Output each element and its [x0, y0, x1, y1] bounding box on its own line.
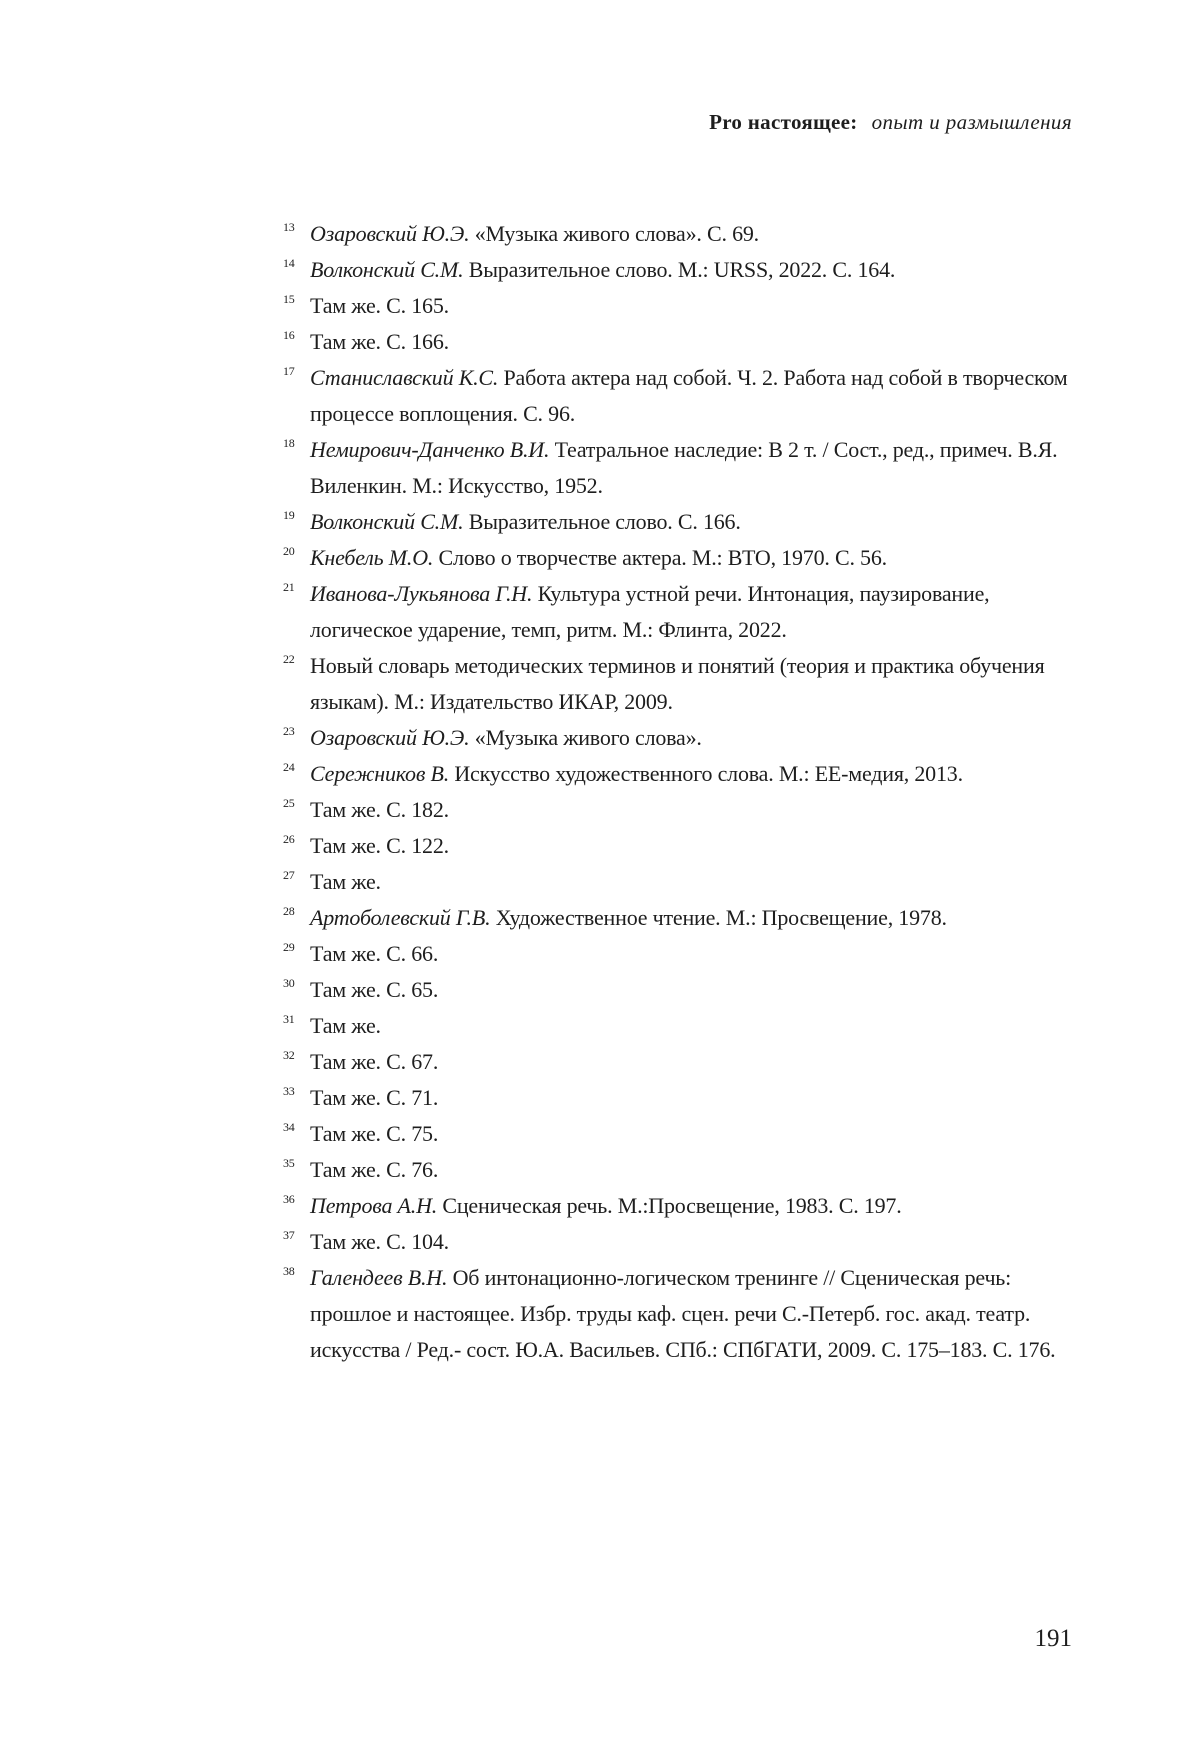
footnote: 16 Там же. С. 166.	[283, 324, 1083, 360]
footnote-number: 30	[283, 965, 295, 1001]
footnote-author: Кнебель М.О.	[310, 545, 433, 570]
footnote-number: 31	[283, 1001, 295, 1037]
footnote-text: Там же. С. 76.	[310, 1157, 438, 1182]
footnote-author: Волконский С.М.	[310, 509, 463, 534]
running-head: Pro настоящее:опыт и размышления	[709, 110, 1072, 135]
footnote-number: 29	[283, 929, 295, 965]
footnote-author: Петрова А.Н.	[310, 1193, 437, 1218]
footnote-author: Немирович-Данченко В.И.	[310, 437, 549, 462]
footnote-number: 16	[283, 317, 295, 353]
footnote-number: 32	[283, 1037, 295, 1073]
footnote: 15Там же. С. 165.	[283, 288, 1083, 324]
footnote-text: Там же. С. 104.	[310, 1229, 449, 1254]
footnote-number: 27	[283, 857, 295, 893]
footnote-number: 38	[283, 1253, 295, 1289]
footnote-author: Озаровский Ю.Э.	[310, 725, 469, 750]
footnote-text: Там же. С. 166.	[310, 329, 449, 354]
footnote-number: 18	[283, 425, 295, 461]
footnote-number: 26	[283, 821, 295, 857]
footnote-number: 28	[283, 893, 295, 929]
footnote-text: Выразительное слово. М.: URSS, 2022. С. …	[463, 257, 895, 282]
footnote: 17Станиславский К.С. Работа актера над с…	[283, 360, 1083, 432]
running-head-subtitle: опыт и размышления	[872, 110, 1072, 134]
footnote-text: Там же.	[310, 1013, 381, 1038]
footnote-number: 23	[283, 713, 295, 749]
footnote: 30 Там же. С. 65.	[283, 972, 1083, 1008]
footnote-number: 17	[283, 353, 295, 389]
footnote-text: Художественное чтение. М.: Просвещение, …	[490, 905, 946, 930]
footnote-text: «Музыка живого слова». С. 69.	[469, 221, 759, 246]
footnote-number: 35	[283, 1145, 295, 1181]
footnote: 31Там же.	[283, 1008, 1083, 1044]
footnote-number: 25	[283, 785, 295, 821]
footnote-number: 19	[283, 497, 295, 533]
footnote: 33Там же. С. 71.	[283, 1080, 1083, 1116]
footnote-text: Там же. С. 71.	[310, 1085, 438, 1110]
footnote-author: Галендеев В.Н.	[310, 1265, 447, 1290]
footnote: 36Петрова А.Н. Сценическая речь. М.:Прос…	[283, 1188, 1083, 1224]
footnote: 28Артоболевский Г.В. Художественное чтен…	[283, 900, 1083, 936]
footnote-text: Там же. С. 67.	[310, 1049, 438, 1074]
footnote-number: 15	[283, 281, 295, 317]
footnote-text: Там же. С. 66.	[310, 941, 438, 966]
footnote-author: Артоболевский Г.В.	[310, 905, 490, 930]
footnote-author: Сережников В.	[310, 761, 449, 786]
footnote-number: 13	[283, 209, 295, 245]
footnote: 20Кнебель М.О. Слово о творчестве актера…	[283, 540, 1083, 576]
footnote-text: Выразительное слово. С. 166.	[463, 509, 740, 534]
footnote-text: Слово о творчестве актера. М.: ВТО, 1970…	[433, 545, 887, 570]
footnote: 34Там же. С. 75.	[283, 1116, 1083, 1152]
footnote-number: 20	[283, 533, 295, 569]
footnote-author: Иванова-Лукьянова Г.Н.	[310, 581, 532, 606]
footnote: 35 Там же. С. 76.	[283, 1152, 1083, 1188]
footnote-text: Новый словарь методических терминов и по…	[310, 653, 1045, 714]
footnote-author: Озаровский Ю.Э.	[310, 221, 469, 246]
footnote: 21Иванова-Лукьянова Г.Н. Культура устной…	[283, 576, 1083, 648]
footnote: 32Там же. С. 67.	[283, 1044, 1083, 1080]
footnote-number: 36	[283, 1181, 295, 1217]
footnote-number: 22	[283, 641, 295, 677]
footnote: 14Волконский С.М. Выразительное слово. М…	[283, 252, 1083, 288]
footnote-text: Там же. С. 65.	[310, 977, 438, 1002]
footnote: 27Там же.	[283, 864, 1083, 900]
footnote: 19Волконский С.М. Выразительное слово. С…	[283, 504, 1083, 540]
footnote-number: 14	[283, 245, 295, 281]
footnote-text: Там же. С. 165.	[310, 293, 449, 318]
footnote-text: «Музыка живого слова».	[469, 725, 701, 750]
footnote: 24Сережников В. Искусство художественног…	[283, 756, 1083, 792]
footnote-author: Волконский С.М.	[310, 257, 463, 282]
footnote: 25Там же. С. 182.	[283, 792, 1083, 828]
footnote-number: 37	[283, 1217, 295, 1253]
footnote: 26Там же. С. 122.	[283, 828, 1083, 864]
footnote-text: Сценическая речь. М.:Просвещение, 1983. …	[437, 1193, 901, 1218]
footnote-number: 33	[283, 1073, 295, 1109]
footnote-number: 24	[283, 749, 295, 785]
footnotes-list: 13Озаровский Ю.Э. «Музыка живого слова».…	[283, 216, 1083, 1368]
running-head-title: Pro настоящее:	[709, 110, 858, 134]
footnote: 22Новый словарь методических терминов и …	[283, 648, 1083, 720]
footnote: 37Там же. С. 104.	[283, 1224, 1083, 1260]
footnote-text: Там же. С. 182.	[310, 797, 449, 822]
footnote-author: Станиславский К.С.	[310, 365, 498, 390]
footnote: 38Галендеев В.Н. Об интонационно-логичес…	[283, 1260, 1083, 1368]
footnote: 13Озаровский Ю.Э. «Музыка живого слова».…	[283, 216, 1083, 252]
footnote: 18Немирович-Данченко В.И. Театральное на…	[283, 432, 1083, 504]
footnote-text: Там же. С. 122.	[310, 833, 449, 858]
footnote: 23Озаровский Ю.Э. «Музыка живого слова».	[283, 720, 1083, 756]
footnote-text: Искусство художественного слова. М.: ЕЕ-…	[449, 761, 963, 786]
footnote-number: 21	[283, 569, 295, 605]
footnote: 29Там же. С. 66.	[283, 936, 1083, 972]
footnote-text: Там же. С. 75.	[310, 1121, 438, 1146]
page-number: 191	[1035, 1625, 1073, 1653]
footnote-text: Там же.	[310, 869, 381, 894]
footnote-number: 34	[283, 1109, 295, 1145]
